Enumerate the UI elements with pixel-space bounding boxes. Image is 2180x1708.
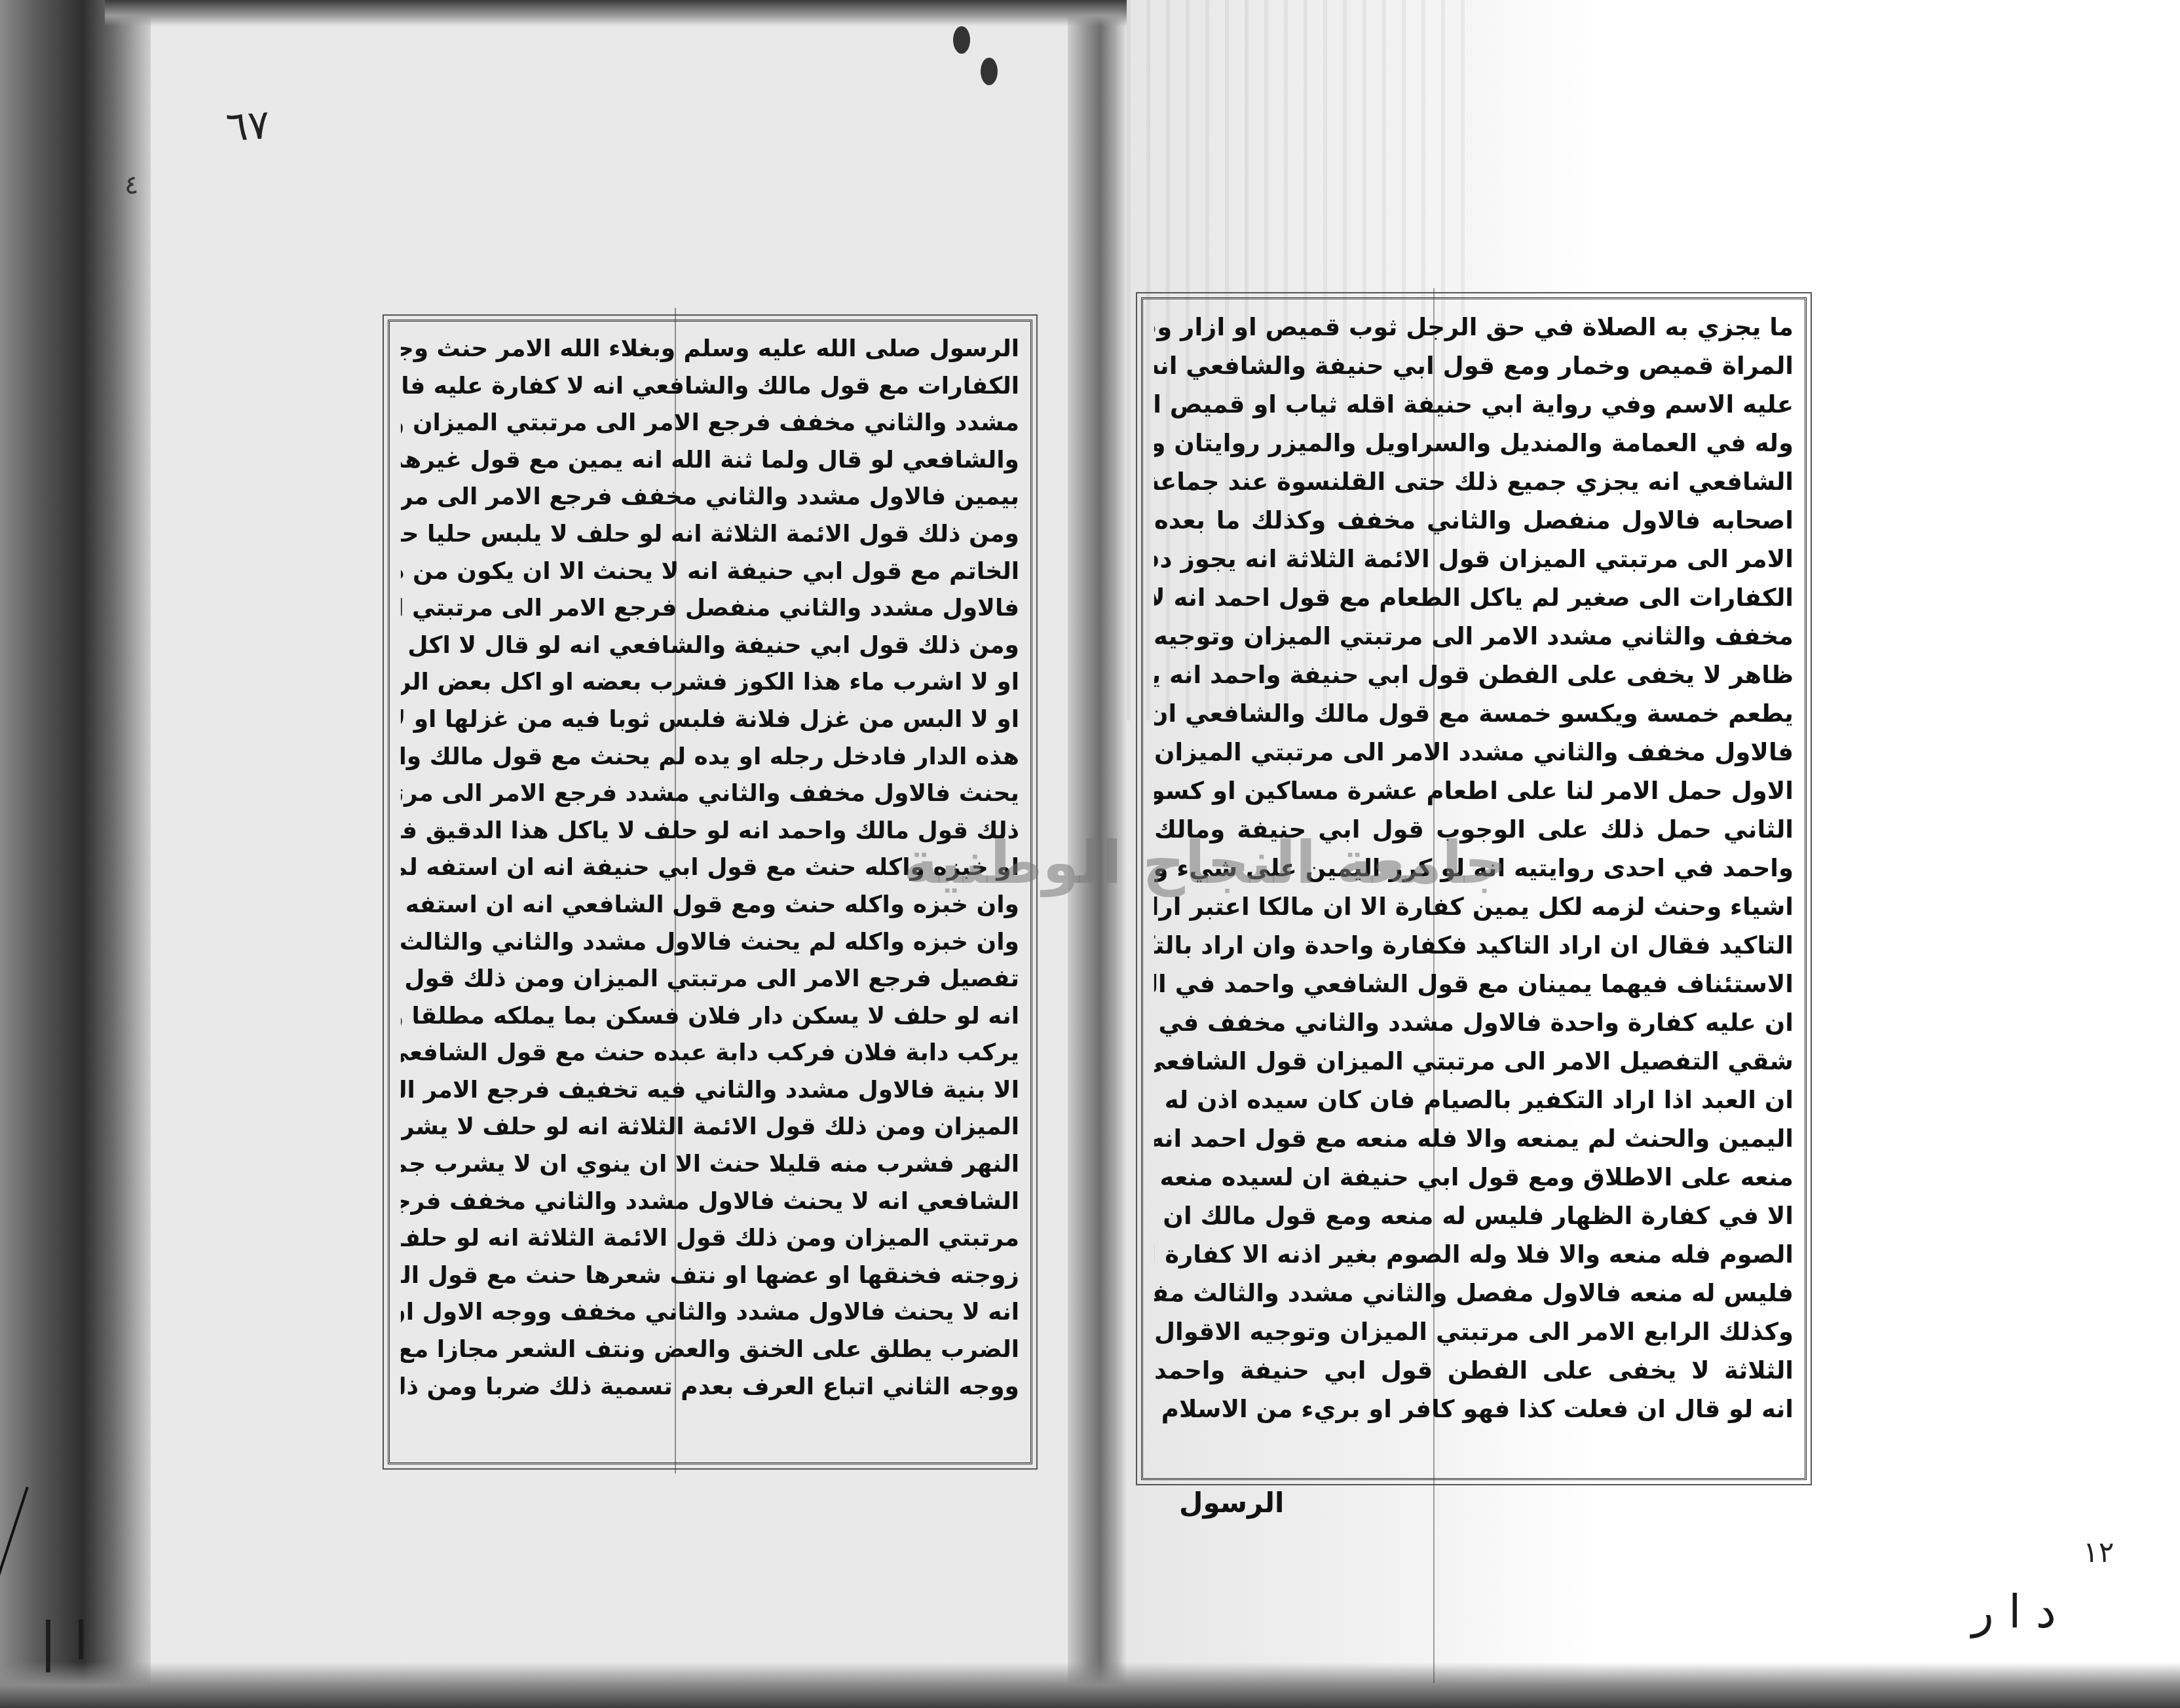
- text-line: او لا اشرب ماء هذا الكوز فشرب بعضه او اك…: [401, 664, 1019, 701]
- text-line: المراة قميص وخمار ومع قول ابي حنيفة والش…: [1154, 346, 1794, 385]
- margin-marks: د ا ر: [1972, 1585, 2056, 1639]
- text-line: بيمين فالاول مشدد والثاني مخفف فرجع الام…: [401, 479, 1019, 516]
- text-line: الكفارات مع قول مالك والشافعي انه لا كفا…: [401, 368, 1019, 405]
- book-binding: [0, 0, 151, 1708]
- text-line: ان عليه كفارة واحدة فالاول مشدد والثاني …: [1154, 1003, 1794, 1042]
- folio-mark: ٤: [124, 170, 138, 200]
- text-line: الضرب يطلق على الخنق والعض ونتف الشعر مج…: [401, 1331, 1019, 1369]
- text-line: وان خبزه واكله لم يحنث فالاول مشدد والثا…: [401, 924, 1019, 961]
- text-line: اليمين والحنث لم يمنعه والا فله منعه مع …: [1154, 1119, 1794, 1158]
- text-line: وكذلك الرابع الامر الى مرتبتي الميزان وت…: [1154, 1312, 1794, 1351]
- text-line: عليه الاسم وفي رواية ابي حنيفة اقله ثياب…: [1154, 385, 1794, 424]
- text-line: منعه على الاطلاق ومع قول ابي حنيفة ان لس…: [1154, 1158, 1794, 1197]
- text-line: يركب دابة فلان فركب دابة عبده حنث مع قول…: [401, 1035, 1019, 1072]
- text-line: الكفارات الى صغير لم ياكل الطعام مع قول …: [1154, 578, 1794, 617]
- watermark: جامعة النجاح الوطنية: [917, 828, 1507, 897]
- text-line: مرتبتي الميزان ومن ذلك قول الائمة الثلاث…: [401, 1220, 1019, 1257]
- text-line: الخاتم مع قول ابي حنيفة انه لا يحنث الا …: [401, 553, 1019, 591]
- text-line: مخفف والثاني مشدد الامر الى مرتبتي الميز…: [1154, 617, 1794, 656]
- text-line: الرسول صلى الله عليه وسلم وبغلاء الله ال…: [401, 331, 1019, 368]
- text-line: انه لو حلف لا يسكن دار فلان فسكن بما يمل…: [401, 998, 1019, 1035]
- text-line: ووجه الثاني اتباع العرف بعدم تسمية ذلك ض…: [401, 1369, 1019, 1406]
- text-line: الصوم فله منعه والا فلا وله الصوم بغير ا…: [1154, 1235, 1794, 1274]
- folio-number: ٦٧: [225, 100, 272, 151]
- text-line: النهر فشرب منه قليلا حنث الا ان ينوي ان …: [401, 1146, 1019, 1183]
- text-line: الثلاثة لا يخفى على الفطن قول ابي حنيفة …: [1154, 1351, 1794, 1390]
- text-line: الامر الى مرتبتي الميزان قول الائمة الثل…: [1154, 540, 1794, 578]
- page-number: ١٢: [2083, 1536, 2114, 1569]
- text-line: الا بنية فالاول مشدد والثاني فيه تخفيف ف…: [401, 1072, 1019, 1109]
- text-line: ما يجزي به الصلاة في حق الرجل ثوب قميص ا…: [1154, 308, 1794, 346]
- text-line: تفصيل فرجع الامر الى مرتبتي الميزان ومن …: [401, 961, 1019, 998]
- top-edge-shadow: [105, 0, 1127, 26]
- text-line: زوجته فخنقها او عضها او نتف شعرها حنث مع…: [401, 1257, 1019, 1295]
- text-line: يحنث فالاول مخفف والثاني مشدد فرجع الامر…: [401, 775, 1019, 813]
- text-line: ومن ذلك قول الائمة الثلاثة انه لو حلف لا…: [401, 516, 1019, 553]
- binding-hole: [953, 26, 970, 54]
- text-line: الشافعي انه لا يحنث فالاول مشدد والثاني …: [401, 1183, 1019, 1221]
- text-line: او لا البس من غزل فلانة فلبس ثوبا فيه من…: [401, 701, 1019, 739]
- text-line: ومن ذلك قول ابي حنيفة والشافعي انه لو قا…: [401, 627, 1019, 665]
- bottom-left-marks: | ا: [39, 1611, 88, 1672]
- text-line: انه لو قال ان فعلت كذا فهو كافر او بريء …: [1154, 1390, 1794, 1428]
- text-line: التاكيد فقال ان اراد التاكيد فكفارة واحد…: [1154, 926, 1794, 965]
- text-line: انه لا يحنث فالاول مشدد والثاني مخفف ووج…: [401, 1294, 1019, 1331]
- text-line: وله في العمامة والمنديل والسراويل والميز…: [1154, 424, 1794, 462]
- bottom-edge-shadow: [0, 1662, 2180, 1708]
- text-line: فالاول مخفف والثاني مشدد الامر الى مرتبت…: [1154, 733, 1794, 771]
- text-line: الاستئناف فيهما يمينان مع قول الشافعي وا…: [1154, 965, 1794, 1003]
- text-line: الشافعي انه يجزي جميع ذلك حتى القلنسوة ع…: [1154, 462, 1794, 501]
- catchword: الرسول: [1179, 1487, 1284, 1519]
- text-line: مشدد والثاني مخفف فرجع الامر الى مرتبتي …: [401, 405, 1019, 442]
- text-line: فالاول مشدد والثاني منفصل فرجع الامر الى…: [401, 590, 1019, 627]
- text-line: فليس له منعه فالاول مفصل والثاني مشدد وا…: [1154, 1274, 1794, 1312]
- text-line: اصحابه فالاول منفصل والثاني مخفف وكذلك م…: [1154, 501, 1794, 540]
- manuscript-scan: ٦٧ ٤ الرسول صلى الله عليه وسلم وبغلاء ال…: [0, 0, 2180, 1708]
- text-line: هذه الدار فادخل رجله او يده لم يحنث مع ق…: [401, 739, 1019, 776]
- text-line: يطعم خمسة ويكسو خمسة مع قول مالك والشافع…: [1154, 694, 1794, 733]
- text-line: ان العبد اذا اراد التكفير بالصيام فان كا…: [1154, 1081, 1794, 1119]
- text-line: ظاهر لا يخفى على الفطن قول ابي حنيفة واح…: [1154, 656, 1794, 694]
- binding-hole: [981, 58, 998, 85]
- text-line: الا في كفارة الظهار فليس له منعه ومع قول…: [1154, 1197, 1794, 1235]
- text-line: شقي التفصيل الامر الى مرتبتي الميزان قول…: [1154, 1042, 1794, 1081]
- text-line: والشافعي لو قال ولما ثنة الله انه يمين م…: [401, 442, 1019, 479]
- text-line: الميزان ومن ذلك قول الائمة الثلاثة انه ل…: [401, 1109, 1019, 1146]
- text-line: الاول حمل الامر لنا على اطعام عشرة مساكي…: [1154, 771, 1794, 810]
